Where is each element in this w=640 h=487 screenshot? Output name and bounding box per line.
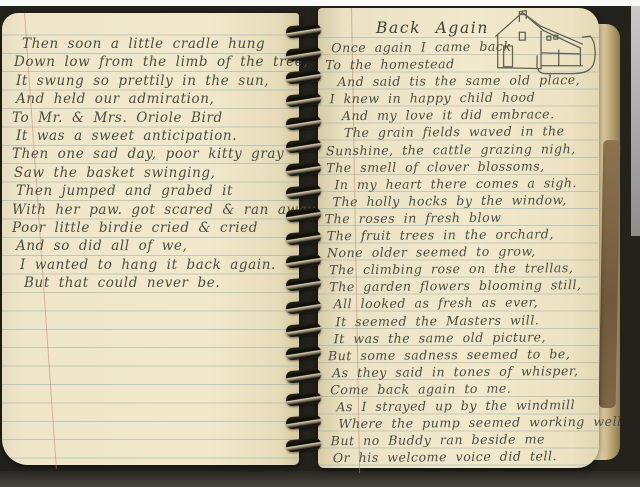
spiral-ring [286, 414, 322, 429]
spiral-ring [286, 345, 322, 360]
spiral-ring [286, 230, 322, 245]
left-page: Then soon a little cradle hung Down low … [2, 13, 299, 465]
poem-line: And said tis the same old place, [323, 71, 618, 91]
spiral-ring [286, 161, 322, 176]
poem-line: It was a sweet anticipation. [10, 127, 319, 145]
spiral-ring [286, 391, 322, 406]
photo-right-edge [631, 6, 640, 236]
spiral-ring [286, 276, 322, 291]
spiral-ring [286, 253, 322, 268]
spiral-ring [286, 92, 322, 107]
cover-bottom-edge [0, 471, 640, 487]
poem-line: Or his welcome voice did tell. [327, 447, 622, 467]
spiral-ring [286, 115, 322, 130]
photo-top-border [0, 0, 640, 6]
poem-line: With her paw. got scared & ran away. [10, 201, 319, 219]
spiral-ring [286, 322, 322, 337]
spiral-ring [286, 368, 322, 383]
poem-line: Sunshine, the cattle grazing nigh, [324, 139, 619, 159]
poem-line: I wanted to hang it back again. [10, 256, 319, 274]
poem-line: Down low from the limb of the tree, [10, 53, 319, 71]
left-page-poem: Then soon a little cradle hung Down low … [10, 35, 319, 292]
poem-line: Saw the basket swinging, [10, 164, 319, 182]
poem-line: The garden flowers blooming still, [325, 276, 620, 296]
spiral-ring [286, 299, 322, 314]
poem-line: Then one sad day, poor kitty gray [10, 145, 319, 163]
poem-line: In my heart there comes a sigh. [324, 173, 619, 193]
spiral-ring [286, 23, 322, 38]
spiral-ring [286, 437, 322, 452]
poem-line: But that could never be. [10, 274, 319, 292]
poem-line: Then jumped and grabed it [10, 182, 319, 200]
spiral-ring [286, 46, 322, 61]
spiral-ring [286, 138, 322, 153]
right-page-poem: Once again I came back To the homestead … [323, 37, 622, 467]
page-title: Back Again [376, 19, 489, 37]
poem-line: And held our admiration, [10, 90, 319, 108]
notebook-photo: Then soon a little cradle hung Down low … [0, 0, 640, 487]
poem-line: Then soon a little cradle hung [10, 35, 319, 53]
spiral-ring [286, 184, 322, 199]
poem-line: Poor little birdie cried & cried [10, 219, 319, 237]
spiral-ring [286, 69, 322, 84]
poem-line: And so did all of we, [10, 237, 319, 255]
spiral-binding [286, 25, 324, 462]
poem-line: As they said in tones of whisper, [326, 361, 621, 381]
poem-line: To Mr. & Mrs. Oriole Bird [10, 109, 319, 127]
spiral-ring [286, 207, 322, 222]
right-page: Back Again [318, 8, 599, 468]
poem-line: Where the pump seemed working well [326, 413, 621, 433]
poem-line: It swung so prettily in the sun, [10, 72, 319, 90]
